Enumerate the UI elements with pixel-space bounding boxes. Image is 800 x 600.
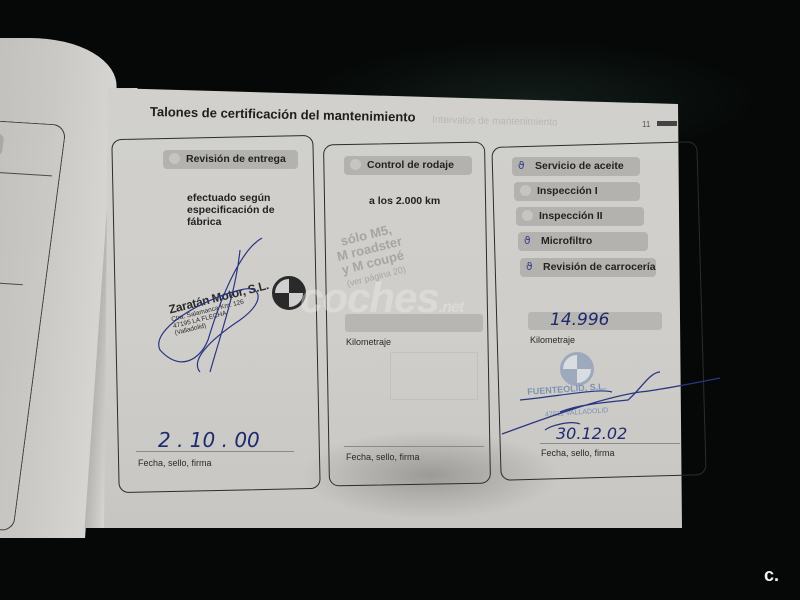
handwritten-mileage: 14.996 <box>550 310 609 330</box>
date-line <box>344 446 484 447</box>
card2-header-label: Control de rodaje <box>367 159 454 171</box>
service-item: ϑServicio de aceite <box>512 157 640 176</box>
check-mark-icon: ϑ <box>524 232 538 251</box>
card2-mileage-label: Kilometraje <box>346 337 391 347</box>
service-item-label: Servicio de aceite <box>535 160 624 172</box>
handwritten-date: 2 . 10 . 00 <box>158 428 260 452</box>
checkbox-empty-icon <box>169 153 180 164</box>
service-item-label: Microfiltro <box>541 235 592 247</box>
service-item-label: Inspección II <box>539 210 603 222</box>
check-mark-icon: ϑ <box>518 157 532 176</box>
handwritten-date: 30.12.02 <box>556 424 627 443</box>
watermark: coches.net <box>300 274 463 322</box>
checkbox-empty-icon <box>522 210 533 221</box>
card1-header-label: Revisión de entrega <box>186 153 286 165</box>
card3-footer-label: Fecha, sello, firma <box>541 448 615 458</box>
service-item: Inspección I <box>514 182 640 201</box>
date-line <box>540 443 680 444</box>
watermark-ext: .net <box>439 299 463 316</box>
card1-body-line: fábrica <box>187 216 275 228</box>
card3-mileage-label: Kilometraje <box>530 335 575 345</box>
date-line <box>136 451 294 452</box>
divider <box>0 279 23 285</box>
corner-logo: c. <box>764 565 779 586</box>
page-number: 11 <box>642 120 650 129</box>
service-item: ϑMicrofiltro <box>518 232 648 251</box>
page-tab-marker <box>657 121 677 126</box>
card1-footer-label: Fecha, sello, firma <box>138 458 212 468</box>
service-item-label: Revisión de carrocería <box>543 261 656 273</box>
service-item-label: Inspección I <box>537 185 598 197</box>
checkbox-empty-icon <box>350 159 361 170</box>
left-card-header-bar <box>0 131 4 156</box>
card1-body: efectuado según especificación de fábric… <box>187 192 275 228</box>
service-item: Inspección II <box>516 207 644 226</box>
dealer-stamp-fuenteolid: FUENTEOLID, S.L. 47011 VALLADOLID <box>527 381 609 419</box>
card2-header: Control de rodaje <box>344 156 472 175</box>
card1-header: Revisión de entrega <box>163 150 298 169</box>
card1-body-line: especificación de <box>187 204 275 216</box>
service-item: ϑRevisión de carrocería <box>520 258 656 277</box>
divider <box>0 169 52 176</box>
card2-body: a los 2.000 km <box>369 195 440 207</box>
watermark-text: coches <box>300 274 439 321</box>
bmw-logo-stamp <box>560 352 594 386</box>
checkbox-empty-icon <box>520 185 531 196</box>
left-page-card <box>0 118 67 531</box>
card2-footer-label: Fecha, sello, firma <box>346 452 420 462</box>
check-mark-icon: ϑ <box>526 258 540 277</box>
card1-body-line: efectuado según <box>187 192 275 204</box>
faint-stamp-bleed <box>390 352 478 400</box>
